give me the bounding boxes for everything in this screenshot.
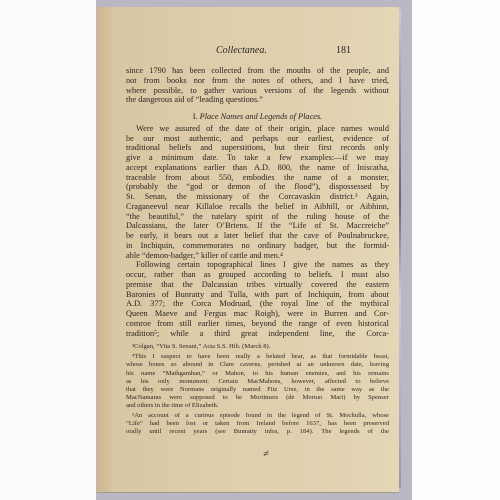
body-line: (probably the “god or demon of the flood… [126,182,389,192]
running-title: Collectanea. [216,46,267,56]
body-line: “the beautiful,” the tutelary spirit of … [126,212,389,222]
body-line: not from books nor from the notes of oth… [126,76,389,86]
body-line: in Inchiquin, commemorates no ordinary b… [126,241,389,251]
body-line: be early, it bears out a later belief th… [126,231,389,241]
section-heading: I. Place Names and Legends of Places. [126,112,389,122]
body-line: Were we assured of the date of their ori… [126,124,389,134]
body-line: traditional beliefs and superstitions, b… [126,143,389,153]
footnote-4-line: and others in the time of Elizabeth. [126,402,389,410]
body-line: Craganeevul near Killaloe recalls the be… [126,202,389,212]
footnote-3: ³Colgan, “Vita S. Senani,” Acta S.S. Hib… [126,343,389,351]
body-line: tradition⁵; while a third great independ… [126,329,389,339]
footnote-4-line: that they were Normans originally named … [126,386,389,394]
section-numeral: I. [193,112,198,121]
body-line: accept explanations earlier than A.D. 80… [126,163,389,173]
body-line: St. Senan, the missionary of the Corcava… [126,192,389,202]
page-edge-shadow [399,10,401,488]
running-head: Collectanea. 181 [126,46,389,60]
body-line: since 1790 has been collected from the m… [126,66,389,76]
body-line: Following certain topographical lines I … [126,260,389,270]
body-line: comroe from still earlier times, beyond … [126,319,389,329]
body-line: be our most authentic, and perhaps our e… [126,134,389,144]
body-line: premise that the Dalcassian tribes virtu… [126,280,389,290]
page-text: Collectanea. 181 since 1790 has been col… [126,46,389,436]
body-line: A.D. 377; the Corca Modruad, (the royal … [126,299,389,309]
body-line: Baronies of Bunratty and Tulla, with par… [126,290,389,300]
body-text: since 1790 has been collected from the m… [126,66,389,338]
footnote-5-line: orally until recent years (see Bunratty … [126,428,389,436]
body-line: traceable from about 550, embodies the n… [126,173,389,183]
background-left [0,0,96,500]
body-line: the dangerous aid of “leading questions.… [126,95,389,105]
body-line: where possible, to gather various versio… [126,86,389,96]
body-line: Dalcassians, the later O’Briens. If the … [126,221,389,231]
body-line: occur, rather than as grouped according … [126,270,389,280]
background-right [412,0,500,500]
page-number: 181 [336,46,351,56]
footnote-4-line: MacNamaras were supposed to be Mortimers… [126,394,389,402]
body-line: able “demon-badger,” killer of cattle an… [126,251,389,261]
body-line: give a minimum date. To take a few examp… [126,153,389,163]
footnote-4-line: whose bones so abound in Clare caverns, … [126,361,389,369]
footnote-4-line: ⁴This I suspect to have been really a be… [126,353,389,361]
signature-mark: ≠ [263,448,269,460]
footnote-5-line: ⁵An account of a curious episode found i… [126,412,389,420]
body-line: Queen Maeve and Fergus mac Roigh), were … [126,309,389,319]
footnotes: ³Colgan, “Vita S. Senani,” Acta S.S. Hib… [126,343,389,436]
footnote-4-line: as his only monument. Certain MacMahons,… [126,378,389,386]
footnote-4-line: his name “Mathgamhan,” or Mahon, to his … [126,370,389,378]
section-title: Place Names and Legends of Places. [200,112,323,121]
footnote-5-line: “Life” had been lost or taken from Irela… [126,420,389,428]
